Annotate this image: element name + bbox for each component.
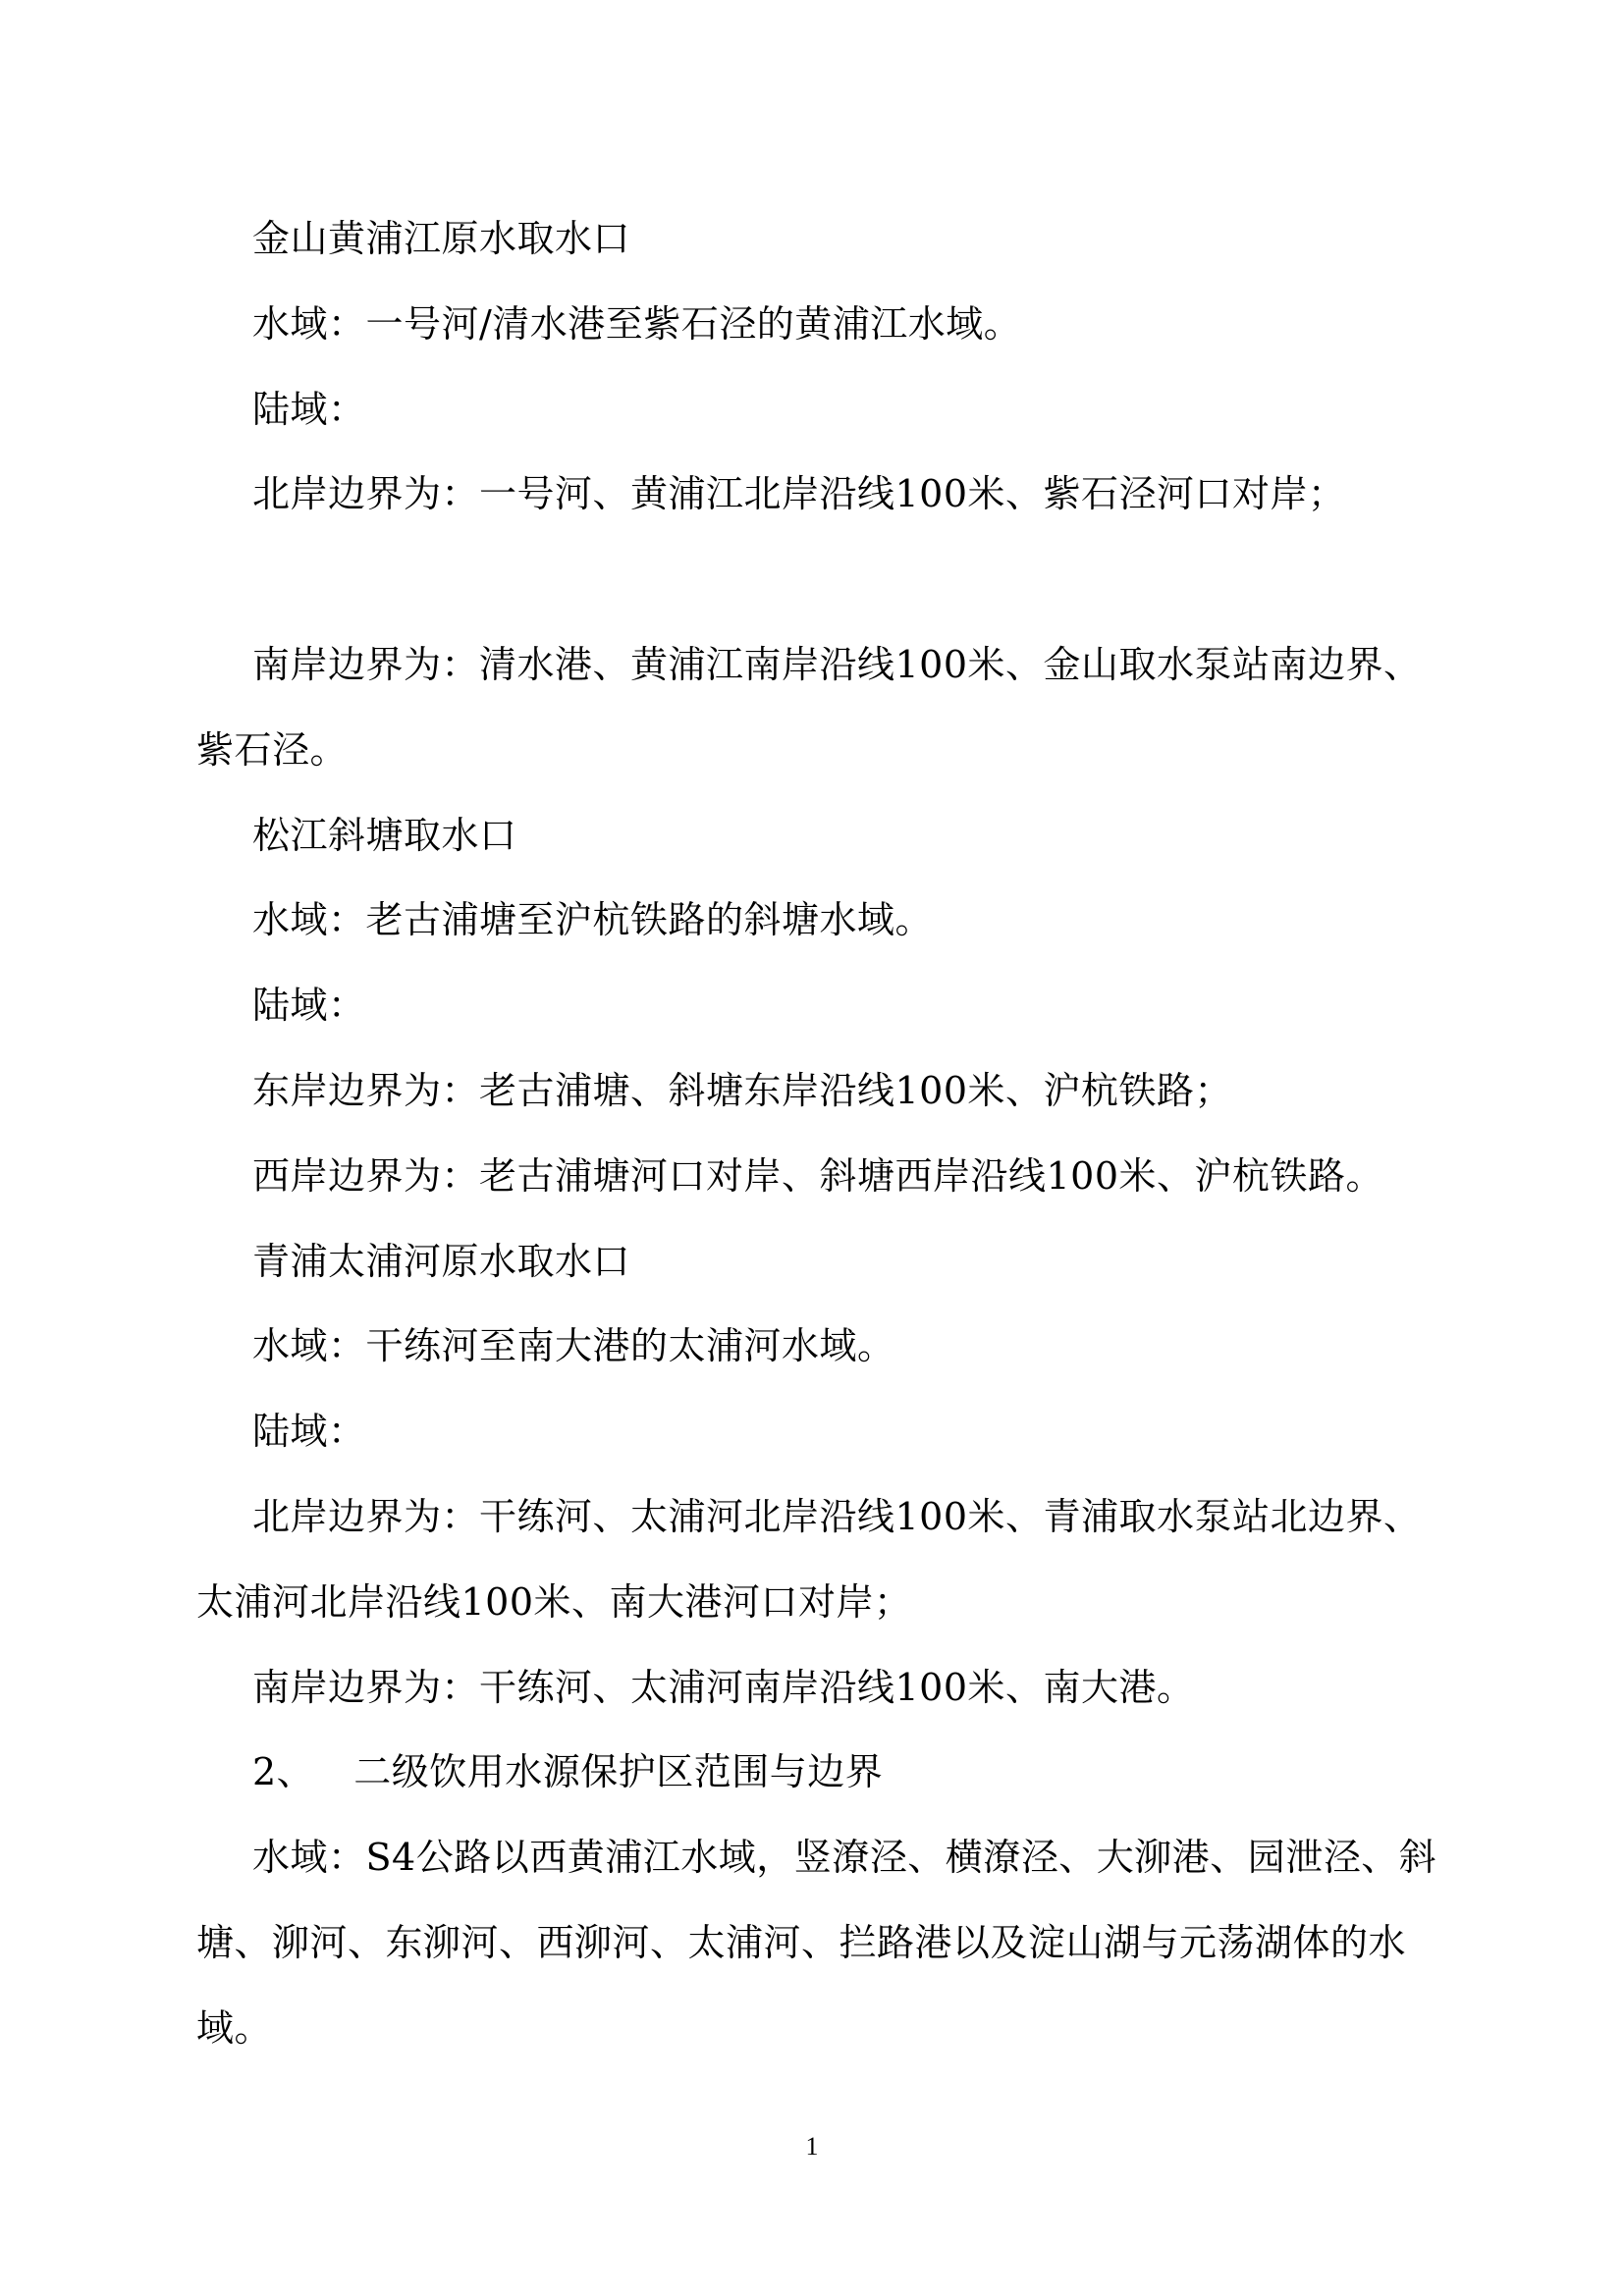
qingpu-north-bank: 北岸边界为：干练河、太浦河北岸沿线100米、青浦取水泵站北边界、	[196, 1474, 1443, 1560]
jinshan-north-bank: 北岸边界为：一号河、黄浦江北岸沿线100米、紫石泾河口对岸；	[196, 452, 1443, 537]
heading-secondary-protection-zone: 2、二级饮用水源保护区范围与边界	[196, 1730, 1443, 1815]
jinshan-south-bank-continued: 紫石泾。	[196, 708, 1443, 793]
songjiang-water-area: 水域：老古浦塘至沪杭铁路的斜塘水域。	[196, 878, 1443, 963]
jinshan-water-area: 水域：一号河/清水港至紫石泾的黄浦江水域。	[196, 282, 1443, 367]
blank-line	[196, 537, 1443, 622]
secondary-water-area: 水域：S4公路以西黄浦江水域，竖潦泾、横潦泾、大泖港、园泄泾、斜	[196, 1815, 1443, 1900]
qingpu-water-area: 水域：干练河至南大港的太浦河水域。	[196, 1304, 1443, 1389]
body-text: 金山黄浦江原水取水口 水域：一号河/清水港至紫石泾的黄浦江水域。 陆域： 北岸边…	[196, 196, 1443, 2071]
qingpu-land-area-label: 陆域：	[196, 1389, 1443, 1474]
jinshan-land-area-label: 陆域：	[196, 367, 1443, 453]
secondary-water-area-continued-2: 域。	[196, 1986, 1443, 2071]
section-title-qingpu: 青浦太浦河原水取水口	[196, 1219, 1443, 1305]
document-page: 金山黄浦江原水取水口 水域：一号河/清水港至紫石泾的黄浦江水域。 陆域： 北岸边…	[0, 0, 1624, 2296]
qingpu-south-bank: 南岸边界为：干练河、太浦河南岸沿线100米、南大港。	[196, 1645, 1443, 1731]
heading-number: 2、	[252, 1750, 314, 1793]
jinshan-south-bank: 南岸边界为：清水港、黄浦江南岸沿线100米、金山取水泵站南边界、	[196, 622, 1443, 708]
heading-text: 二级饮用水源保护区范围与边界	[353, 1750, 883, 1793]
songjiang-west-bank: 西岸边界为：老古浦塘河口对岸、斜塘西岸沿线100米、沪杭铁路。	[196, 1134, 1443, 1219]
songjiang-land-area-label: 陆域：	[196, 963, 1443, 1048]
qingpu-north-bank-continued: 太浦河北岸沿线100米、南大港河口对岸；	[196, 1560, 1443, 1645]
songjiang-east-bank: 东岸边界为：老古浦塘、斜塘东岸沿线100米、沪杭铁路；	[196, 1048, 1443, 1134]
secondary-water-area-continued-1: 塘、泖河、东泖河、西泖河、太浦河、拦路港以及淀山湖与元荡湖体的水	[196, 1900, 1443, 1986]
page-number: 1	[0, 2132, 1624, 2162]
section-title-jinshan: 金山黄浦江原水取水口	[196, 196, 1443, 282]
section-title-songjiang: 松江斜塘取水口	[196, 793, 1443, 879]
